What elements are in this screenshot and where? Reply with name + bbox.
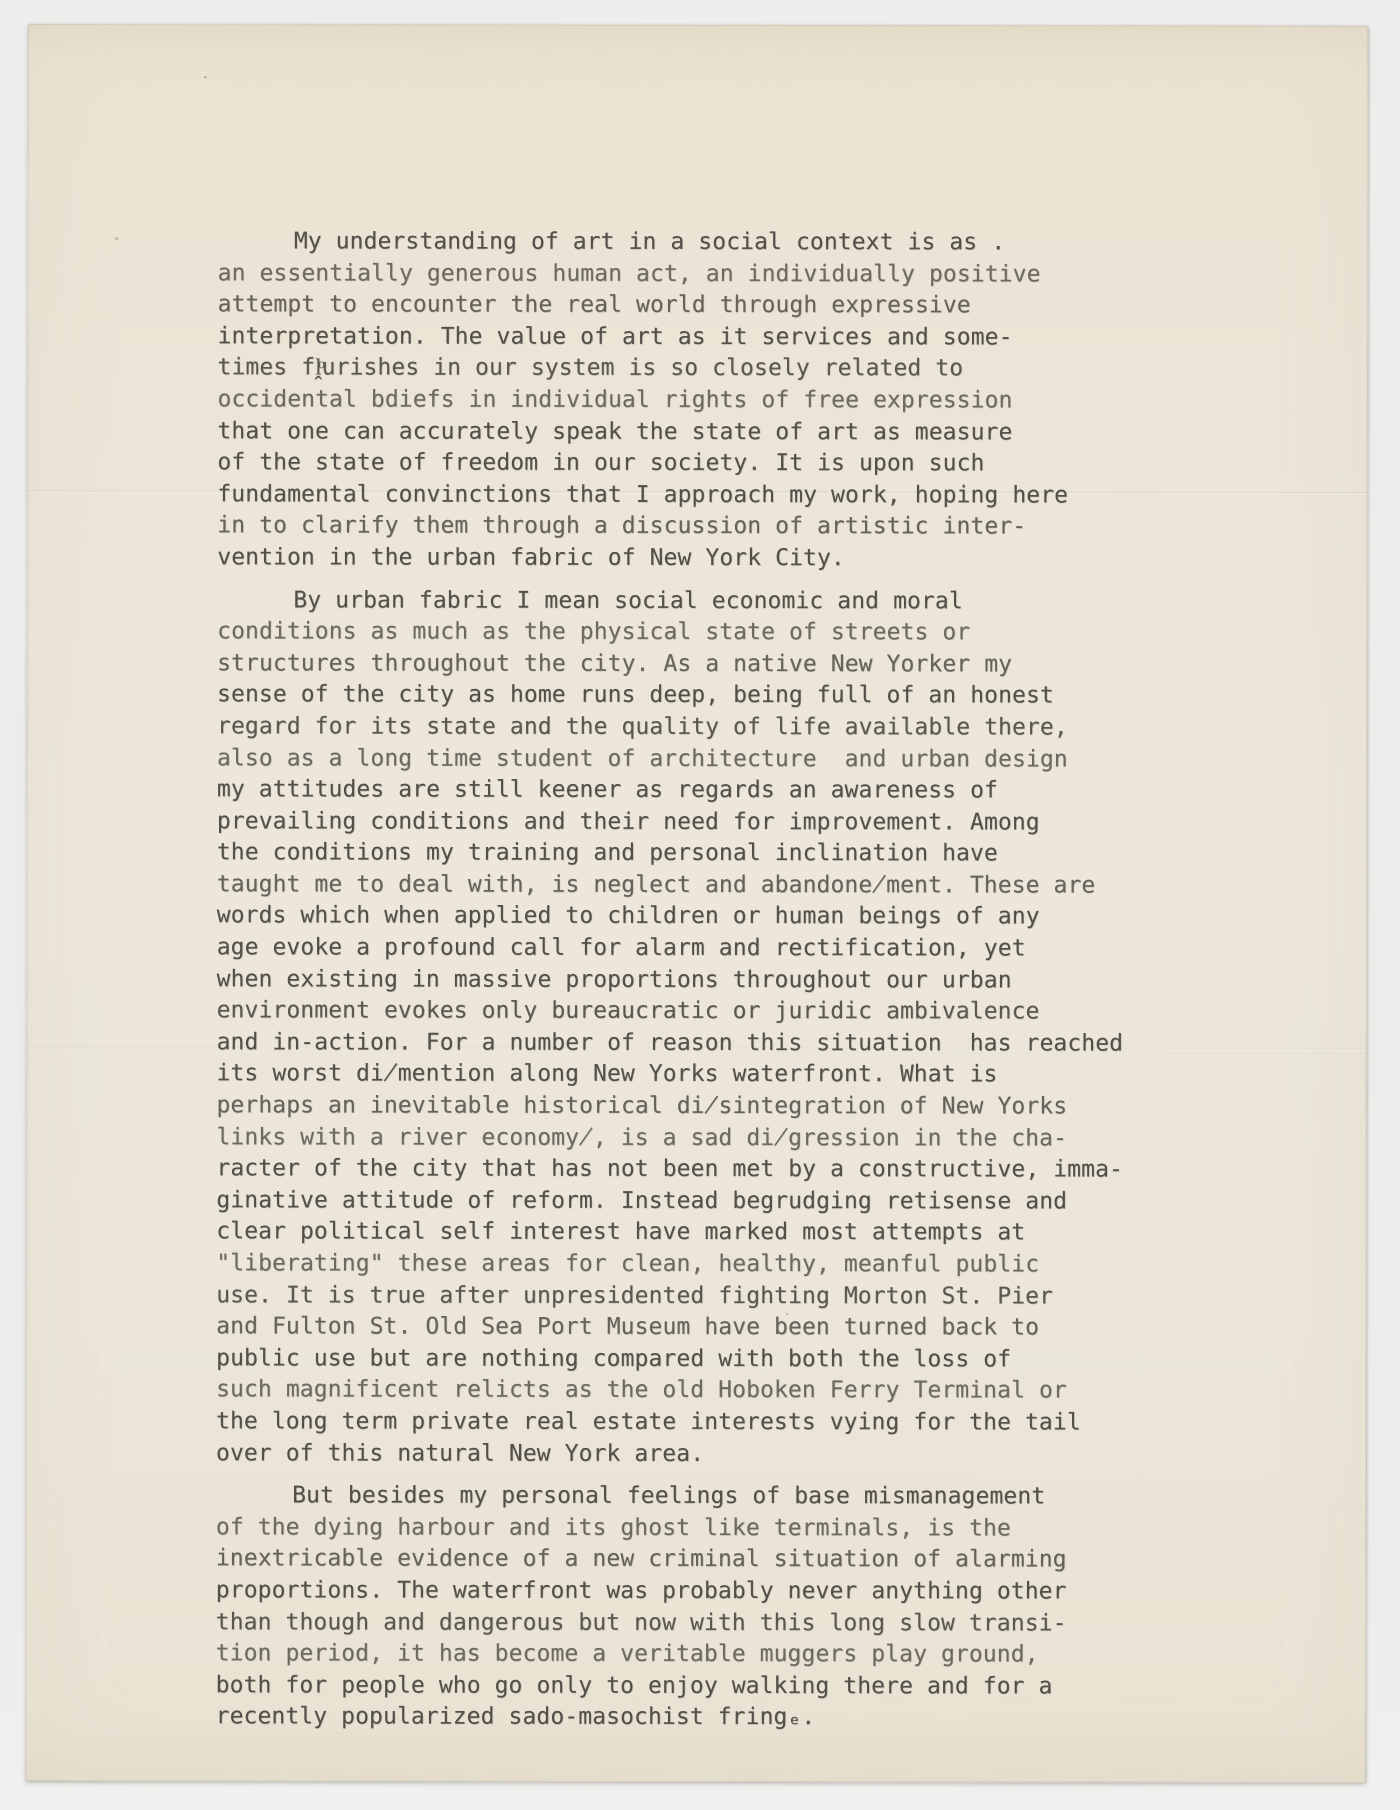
text-line: sense of the city as home runs deep, bei…: [217, 680, 1227, 713]
scan-background: My understanding of art in a social cont…: [0, 0, 1400, 1810]
text-line: the conditions my training and personal …: [217, 838, 1227, 871]
text-line: both for people who go only to enjoy wal…: [216, 1670, 1226, 1703]
text-line: recently popularized sado-masochist frin…: [216, 1702, 1226, 1735]
text-line: links with a river economy̸, is a sad di…: [216, 1122, 1226, 1155]
text-line: words which when applied to children or …: [217, 901, 1227, 934]
text-line: age evoke a profound call for alarm and …: [217, 932, 1227, 965]
text-line: tion period, it has become a veritable m…: [216, 1638, 1226, 1671]
text-line: of the state of freedom in our society. …: [217, 447, 1227, 480]
text-line: and in-action. For a number of reason th…: [217, 1027, 1227, 1060]
text-line: that one can accurately speak the state …: [217, 416, 1227, 449]
text-line: attempt to encounter the real world thro…: [218, 289, 1228, 322]
text-line: of the dying harbour and its ghost like …: [216, 1512, 1226, 1545]
text-line: occidental bdiefs in individual rights o…: [217, 384, 1227, 417]
text-line: regard for its state and the quality of …: [217, 711, 1227, 744]
text-line: when existing in massive proportions thr…: [217, 964, 1227, 997]
text-line: and Fulton St. Old Sea Port Museum have …: [216, 1311, 1226, 1344]
text-line: also as a long time student of architect…: [217, 743, 1227, 776]
text-line: over of this natural New York area.: [216, 1438, 1226, 1471]
text-line: environment evokes only bureaucratic or …: [217, 996, 1227, 1029]
text-line: such magnificent relicts as the old Hobo…: [216, 1375, 1226, 1408]
paper-speck: [204, 76, 207, 78]
text-line: times fḽͦurishes in our system is so cl…: [217, 353, 1227, 386]
text-line: proportions. The waterfront was probably…: [216, 1575, 1226, 1608]
text-line: structures throughout the city. As a nat…: [217, 648, 1227, 681]
text-line: My understanding of art in a social cont…: [218, 226, 1228, 259]
text-line: inextricable evidence of a new criminal …: [216, 1544, 1226, 1577]
text-line: But besides my personal feelings of base…: [216, 1480, 1226, 1513]
text-line: clear political self interest have marke…: [216, 1217, 1226, 1250]
text-line: "liberating" these areas for clean, heal…: [216, 1248, 1226, 1281]
text-line: racter of the city that has not been met…: [216, 1153, 1226, 1186]
text-line: the long term private real estate intere…: [216, 1406, 1226, 1439]
paragraph: By urban fabric I mean social economic a…: [216, 585, 1227, 1471]
text-line: ginative attitude of reform. Instead beg…: [216, 1185, 1226, 1218]
paper-sheet: My understanding of art in a social cont…: [26, 24, 1368, 1783]
text-line: prevailing conditions and their need for…: [217, 806, 1227, 839]
text-line: an essentially generous human act, an in…: [218, 258, 1228, 291]
text-line: its worst di̸mention along New Yorks wat…: [217, 1059, 1227, 1092]
text-line: taught me to deal with, is neglect and a…: [217, 869, 1227, 902]
paragraph: But besides my personal feelings of base…: [216, 1480, 1226, 1734]
text-line: my attitudes are still keener as regards…: [217, 774, 1227, 807]
paragraph: My understanding of art in a social cont…: [217, 226, 1227, 575]
text-line: perhaps an inevitable historical di̸sint…: [216, 1090, 1226, 1123]
text-line: interpretation. The value of art as it s…: [218, 321, 1228, 354]
text-line: than though and dangerous but now with t…: [216, 1607, 1226, 1640]
text-line: in to clarify them through a discussion …: [217, 511, 1227, 544]
text-line: vention in the urban fabric of New York …: [217, 542, 1227, 575]
typewritten-text: My understanding of art in a social cont…: [216, 226, 1228, 1734]
text-line: fundamental convinctions that I approach…: [217, 479, 1227, 512]
text-line: public use but are nothing compared with…: [216, 1343, 1226, 1376]
text-line: use. It is true after unpresidented figh…: [216, 1280, 1226, 1313]
paper-speck: [115, 237, 119, 240]
text-line: By urban fabric I mean social economic a…: [217, 585, 1227, 618]
text-line: conditions as much as the physical state…: [217, 616, 1227, 649]
